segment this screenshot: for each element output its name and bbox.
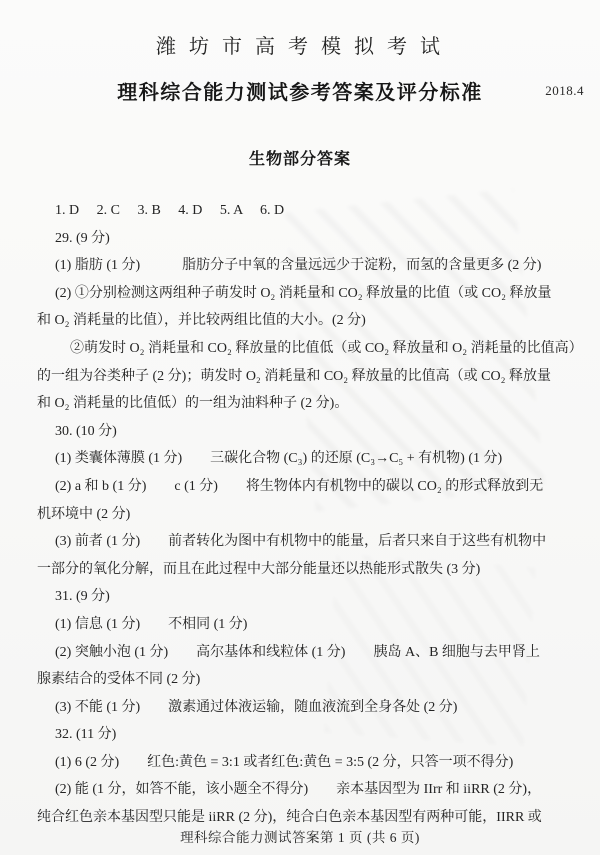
text-line: 30. (10 分): [37, 418, 582, 446]
text-line: (1) 信息 (1 分) 不相同 (1 分): [37, 611, 582, 639]
text-line: 和 O₂ 消耗量的比值），并比较两组比值的大小。(2 分): [37, 307, 582, 335]
section-heading: 生物部分答案: [0, 146, 600, 169]
text-line: 的一组为谷类种子 (2 分)；萌发时 O₂ 消耗量和 CO₂ 释放量的比值高（或…: [37, 363, 582, 391]
text-line: (2) 突触小泡 (1 分) 高尔基体和线粒体 (1 分) 胰岛 A、B 细胞与…: [37, 639, 582, 667]
subtitle-row: 理科综合能力测试参考答案及评分标准 2018.4: [0, 76, 600, 104]
text-line: ②萌发时 O₂ 消耗量和 CO₂ 释放量的比值低（或 CO₂ 释放量和 O₂ 消…: [37, 335, 582, 363]
page-footer: 理科综合能力测试答案第 1 页 (共 6 页): [0, 826, 600, 846]
text-line: 和 O₂ 消耗量的比值低）的一组为油料种子 (2 分)。: [37, 390, 582, 418]
text-line: 29. (9 分): [37, 225, 582, 253]
document-page: 潍 坊 市 高 考 模 拟 考 试 理科综合能力测试参考答案及评分标准 2018…: [0, 0, 600, 855]
text-line: (1) 类囊体薄膜 (1 分) 三碳化合物 (C₃) 的还原 (C₃→C₅ + …: [37, 445, 582, 473]
answer-body: 1. D 2. C 3. B 4. D 5. A 6. D29. (9 分)(1…: [37, 197, 582, 832]
text-line: (3) 不能 (1 分) 激素通过体液运输，随血液流到全身各处 (2 分): [37, 694, 582, 722]
text-line: (1) 6 (2 分) 红色:黄色 = 3:1 或者红色:黄色 = 3:5 (2…: [37, 749, 582, 777]
text-line: (3) 前者 (1 分) 前者转化为图中有机物中的能量，后者只来自于这些有机物中: [37, 528, 582, 556]
text-line: 1. D 2. C 3. B 4. D 5. A 6. D: [37, 197, 582, 225]
text-line: 腺素结合的受体不同 (2 分): [37, 666, 582, 694]
exam-title: 潍 坊 市 高 考 模 拟 考 试: [0, 30, 600, 59]
document-subtitle: 理科综合能力测试参考答案及评分标准: [117, 82, 483, 104]
text-line: (1) 脂肪 (1 分) 脂肪分子中氧的含量远远少于淀粉，而氢的含量更多 (2 …: [37, 252, 582, 280]
text-line: (2) a 和 b (1 分) c (1 分) 将生物体内有机物中的碳以 CO₂…: [37, 473, 582, 501]
text-line: 32. (11 分): [37, 721, 582, 749]
text-line: 一部分的氧化分解，而且在此过程中大部分能量还以热能形式散失 (3 分): [37, 556, 582, 584]
text-line: 机环境中 (2 分): [37, 501, 582, 529]
text-line: 31. (9 分): [37, 583, 582, 611]
text-line: (2) ①分别检测这两组种子萌发时 O₂ 消耗量和 CO₂ 释放量的比值（或 C…: [37, 280, 582, 308]
text-line: (2) 能 (1 分，如答不能，该小题全不得分) 亲本基因型为 IIrr 和 i…: [37, 776, 582, 804]
exam-date: 2018.4: [545, 83, 584, 99]
